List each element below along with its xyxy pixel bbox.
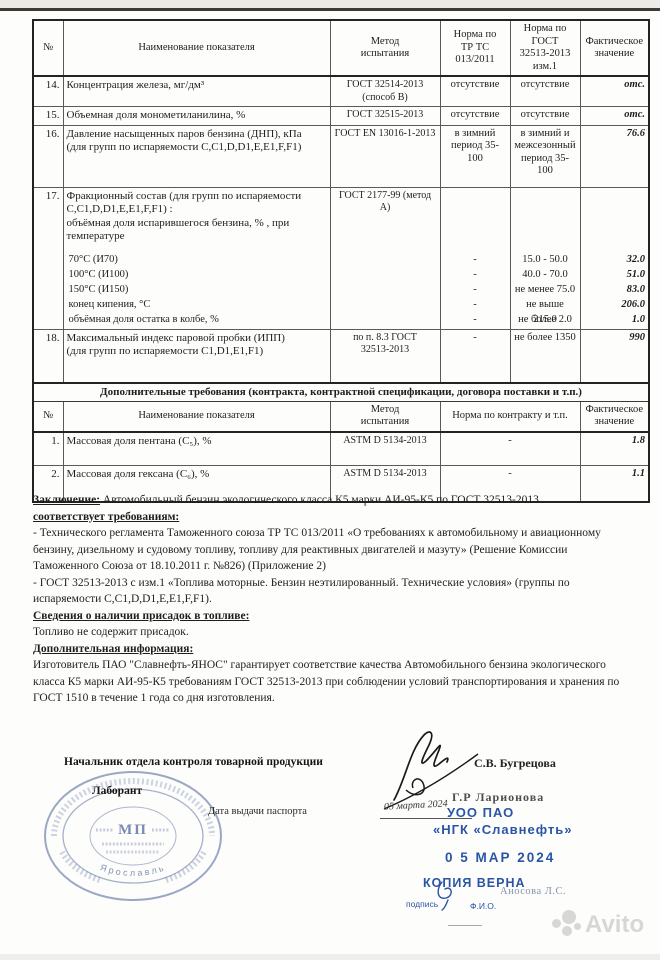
scan-edge-band (0, 0, 660, 8)
paragraph-label: соответствует требованиям: (33, 511, 179, 523)
paragraph-text: Автомобильный бензин экологического клас… (100, 494, 539, 506)
fact-value: 76.6 (580, 125, 649, 187)
fio-label: Ф.И.О. (470, 901, 496, 911)
fact-value: 1.8 (580, 432, 649, 466)
norm-tr-ts: отсутствие (440, 76, 510, 107)
fraction-composition-text: Фракционный состав (для групп по испаряе… (67, 190, 327, 244)
laborant-label: Лаборант (92, 785, 142, 797)
norm-tr-ts: в зимний период 35-100 (440, 125, 510, 187)
spacer (444, 190, 507, 252)
header-num: № (33, 20, 63, 76)
table-row-15: 15. Объемная доля монометиланилина, % ГО… (33, 107, 649, 126)
sub-item-norm: 40.0 - 70.0 (514, 267, 577, 282)
norm-tr-ts: отсутствие (440, 107, 510, 126)
passport-date-label: Дата выдачи паспорта (208, 806, 307, 817)
norm-gost: 15.0 - 50.0 40.0 - 70.0 не менее 75.0 не… (510, 187, 580, 329)
header-indicator: Наименование показателя (63, 20, 330, 76)
additional-row-1: 1. Массовая доля пентана (C₅), % ASTM D … (33, 432, 649, 466)
sub-item-norm: не выше 215.0 (514, 297, 577, 312)
fact-value: 990 (580, 329, 649, 383)
sub-item-fact: 51.0 (584, 267, 646, 282)
sub-item-fact: 1.0 (584, 312, 646, 327)
sub-item-label: 150°С (И150) (67, 282, 327, 297)
quality-indicators-table: № Наименование показателя Метод испытани… (32, 19, 650, 503)
indicator-name: Фракционный состав (для групп по испаряе… (63, 187, 330, 329)
indicator-name: Массовая доля пентана (C₅), % (63, 432, 330, 466)
header-fact: Фактическое значение (580, 20, 649, 76)
org-stamp-line2: «НГК «Славнефть» (433, 822, 573, 837)
row-number: 17. (33, 187, 63, 329)
table-row-17: 17. Фракционный состав (для групп по исп… (33, 187, 649, 329)
banner-text: Дополнительные требования (контракта, ко… (33, 383, 649, 401)
header-method: Метод испытания (330, 20, 440, 76)
conclusion-paragraph: - Технического регламента Таможенного со… (33, 525, 633, 575)
sub-item-fact: 83.0 (584, 282, 646, 297)
sub-item-dash: - (444, 282, 507, 297)
header-norm-gost: Норма по ГОСТ 32513-2013 изм.1 (510, 20, 580, 76)
fact-value: отс. (580, 76, 649, 107)
laborant-name: Г.Р Ларионова (452, 790, 544, 805)
sub-item-dash: - (444, 312, 507, 327)
row-number: 15. (33, 107, 63, 126)
norm-tr-ts: - (440, 329, 510, 383)
podpis-label: подпись (406, 899, 438, 909)
test-method: ГОСТ 32514-2013 (способ В) (330, 76, 440, 107)
test-method: ГОСТ 2177-99 (метод А) (330, 187, 440, 329)
header-contract-norm: Норма по контракту и т.п. (440, 401, 580, 432)
table-row-16: 16. Давление насыщенных паров бензина (Д… (33, 125, 649, 187)
header-indicator: Наименование показателя (63, 401, 330, 432)
document-page: № Наименование показателя Метод испытани… (0, 0, 660, 960)
row-number: 16. (33, 125, 63, 187)
test-method: ГОСТ EN 13016-1-2013 (330, 125, 440, 187)
header-num: № (33, 401, 63, 432)
norm-gost: в зимний и межсезонный период 35-100 (510, 125, 580, 187)
additional-table-header-row: № Наименование показателя Метод испытани… (33, 401, 649, 432)
sub-item-norm: не менее 75.0 (514, 282, 577, 297)
fact-value: отс. (580, 107, 649, 126)
avito-watermark-text: Avito (585, 911, 644, 939)
indicator-name: Концентрация железа, мг/дм³ (63, 76, 330, 107)
paragraph-text: Изготовитель ПАО "Славнефть-ЯНОС" гарант… (33, 659, 619, 704)
sub-item-label: конец кипения, °С (67, 297, 327, 312)
date-stamp: 0 5 МАР 2024 (445, 850, 555, 865)
header-fact: Фактическое значение (580, 401, 649, 432)
qc-head-title: Начальник отдела контроля товарной проду… (64, 756, 323, 768)
norm-gost: не более 1350 (510, 329, 580, 383)
conclusion-section: Заключение: Автомобильный бензин экологи… (33, 492, 633, 707)
paragraph-label: Сведения о наличии присадок в топливе: (33, 610, 249, 622)
copy-verified-name: Аносова Л.С. (500, 886, 566, 897)
additives-text: Топливо не содержит присадок. (33, 624, 633, 641)
header-norm-tr-ts: Норма по ТР ТС 013/2011 (440, 20, 510, 76)
fact-values: 32.0 51.0 83.0 206.0 1.0 (580, 187, 649, 329)
additives-heading: Сведения о наличии присадок в топливе: (33, 608, 633, 625)
paragraph-label: Заключение: (33, 494, 100, 506)
indicator-name: Объемная доля монометиланилина, % (63, 107, 330, 126)
norm-gost: отсутствие (510, 76, 580, 107)
scan-edge-line (0, 8, 660, 11)
stamp-mp-text: МП (118, 822, 148, 838)
sub-item-fact: 206.0 (584, 297, 646, 312)
sub-item-dash: - (444, 267, 507, 282)
paragraph-text: - ГОСТ 32513-2013 с изм.1 «Топлива мотор… (33, 577, 570, 606)
sub-item-dash: - (444, 297, 507, 312)
sub-item-label: 70°С (И70) (67, 252, 327, 267)
org-stamp-line1: УОО ПАО (447, 805, 514, 820)
conclusion-paragraph: Заключение: Автомобильный бензин экологи… (33, 492, 633, 509)
test-method: ASTM D 5134-2013 (330, 432, 440, 466)
table-row-14: 14. Концентрация железа, мг/дм³ ГОСТ 325… (33, 76, 649, 107)
paragraph-text: Топливо не содержит присадок. (33, 626, 189, 638)
row-number: 14. (33, 76, 63, 107)
spacer (514, 190, 577, 252)
test-method: по п. 8.3 ГОСТ 32513-2013 (330, 329, 440, 383)
norm-tr-ts: - - - - - (440, 187, 510, 329)
avito-logo-icon (552, 910, 580, 940)
conclusion-paragraph: - ГОСТ 32513-2013 с изм.1 «Топлива мотор… (33, 575, 633, 608)
norm-gost: отсутствие (510, 107, 580, 126)
sub-item-norm: 15.0 - 50.0 (514, 252, 577, 267)
bottom-dash-line (448, 924, 482, 926)
test-method: ГОСТ 32515-2013 (330, 107, 440, 126)
additional-info-text: Изготовитель ПАО "Славнефть-ЯНОС" гарант… (33, 657, 633, 707)
paragraph-text: - Технического регламента Таможенного со… (33, 527, 601, 572)
additional-info-heading: Дополнительная информация: (33, 641, 633, 658)
paragraph-label: Дополнительная информация: (33, 643, 193, 655)
row-number: 18. (33, 329, 63, 383)
table-header-row: № Наименование показателя Метод испытани… (33, 20, 649, 76)
avito-watermark: Avito (552, 910, 644, 940)
contract-norm: - (440, 432, 580, 466)
table-row-18: 18. Максимальный индекс паровой пробки (… (33, 329, 649, 383)
sub-item-fact: 32.0 (584, 252, 646, 267)
spacer (584, 190, 646, 252)
indicator-name: Давление насыщенных паров бензина (ДНП),… (63, 125, 330, 187)
additional-requirements-banner: Дополнительные требования (контракта, ко… (33, 383, 649, 401)
conclusion-paragraph: соответствует требованиям: (33, 509, 633, 526)
indicator-name: Максимальный индекс паровой пробки (ИПП)… (63, 329, 330, 383)
sub-item-dash: - (444, 252, 507, 267)
row-number: 1. (33, 432, 63, 466)
sub-item-label: объёмная доля остатка в колбе, % (67, 312, 327, 327)
sub-item-label: 100°С (И100) (67, 267, 327, 282)
scan-edge-band-bottom (0, 954, 660, 960)
header-method: Метод испытания (330, 401, 440, 432)
sub-item-norm: не более 2.0 (514, 312, 577, 327)
qc-head-name: С.В. Бугрецова (474, 756, 556, 771)
